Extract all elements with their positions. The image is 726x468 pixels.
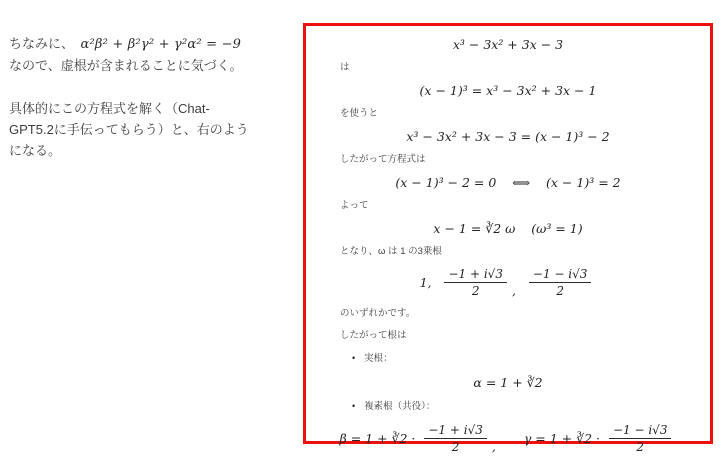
note-line-1: ちなみに、 α²β² + β²γ² + γ²α² = −9	[9, 33, 301, 55]
label-therefore-equation: したがって方程式は	[322, 153, 694, 166]
bullet-icon: •	[352, 400, 355, 413]
bullet-real-root: • 実根：	[322, 352, 694, 365]
para2-line-3: になる。	[9, 140, 301, 161]
fraction-root-3: −1 − i√3 2	[529, 267, 592, 298]
inline-formula: α²β² + β²γ² + γ²α² = −9	[81, 37, 242, 52]
fraction-denominator: 2	[636, 439, 644, 454]
comma-separator: ,	[492, 439, 496, 454]
equation-polynomial: x³ − 3x² + 3x − 3	[322, 37, 694, 52]
fraction-numerator: −1 + i√3	[424, 423, 487, 439]
paragraph-gap	[9, 76, 301, 98]
gamma-expression: γ = 1 + ∛2 ·	[524, 431, 604, 446]
equation-cube-identity: (x − 1)³ = x³ − 3x² + 3x − 1	[322, 83, 694, 98]
bullet-complex-roots: • 複素根（共役）：	[322, 400, 694, 413]
label-omega-cube-root: となり、ω は 1 の3乗根	[322, 245, 694, 258]
fraction-numerator: −1 + i√3	[444, 267, 507, 283]
fraction-denominator: 2	[472, 283, 480, 298]
document-page: ちなみに、 α²β² + β²γ² + γ²α² = −9 なので、虚根が含まれ…	[0, 0, 726, 468]
bullet-complex-roots-label: 複素根（共役）：	[364, 400, 435, 413]
bullet-icon: •	[352, 352, 355, 365]
label-any-of-these: のいずれかです。	[322, 307, 694, 320]
note-line-2: なので、虚根が含まれることに気づく。	[9, 55, 301, 76]
label-use: を使うと	[322, 107, 694, 120]
fraction-denominator: 2	[556, 283, 564, 298]
label-therefore-roots: したがって根は	[322, 329, 694, 342]
equation-rewrite: x³ − 3x² + 3x − 3 = (x − 1)³ − 2	[322, 129, 694, 144]
para2-line-1: 具体的にこの方程式を解く（Chat-	[9, 98, 301, 119]
fraction-numerator: −1 − i√3	[609, 423, 672, 439]
comma-separator: ,	[512, 283, 524, 298]
beta-expression: β = 1 + ∛2 ·	[340, 431, 420, 446]
equation-alpha: α = 1 + ∛2	[322, 375, 694, 390]
label-yotte: よって	[322, 199, 694, 212]
para2-line-2: GPT5.2に手伝ってもらう）と、右のよう	[9, 119, 301, 140]
fraction-gamma: −1 − i√3 2	[609, 423, 672, 454]
fraction-denominator: 2	[452, 439, 460, 454]
equation-solve: (x − 1)³ − 2 = 0 ⟺ (x − 1)³ = 2	[322, 175, 694, 190]
bullet-real-root-label: 実根：	[364, 352, 393, 365]
equation-omega: x − 1 = ∛2 ω (ω³ = 1)	[322, 221, 694, 236]
fraction-root-2: −1 + i√3 2	[444, 267, 507, 298]
equation-omega-roots: 1, −1 + i√3 2 , −1 − i√3 2	[322, 267, 694, 298]
root-one: 1,	[420, 275, 440, 290]
fraction-numerator: −1 − i√3	[529, 267, 592, 283]
left-commentary: ちなみに、 α²β² + β²γ² + γ²α² = −9 なので、虚根が含まれ…	[9, 33, 301, 161]
note-prefix: ちなみに、	[9, 36, 81, 51]
equation-beta-gamma: β = 1 + ∛2 · −1 + i√3 2 , γ = 1 + ∛2 · −…	[322, 423, 694, 454]
red-annotation-box: x³ − 3x² + 3x − 3 は (x − 1)³ = x³ − 3x² …	[303, 23, 713, 444]
fraction-beta: −1 + i√3 2	[424, 423, 487, 454]
label-wa: は	[322, 61, 694, 74]
